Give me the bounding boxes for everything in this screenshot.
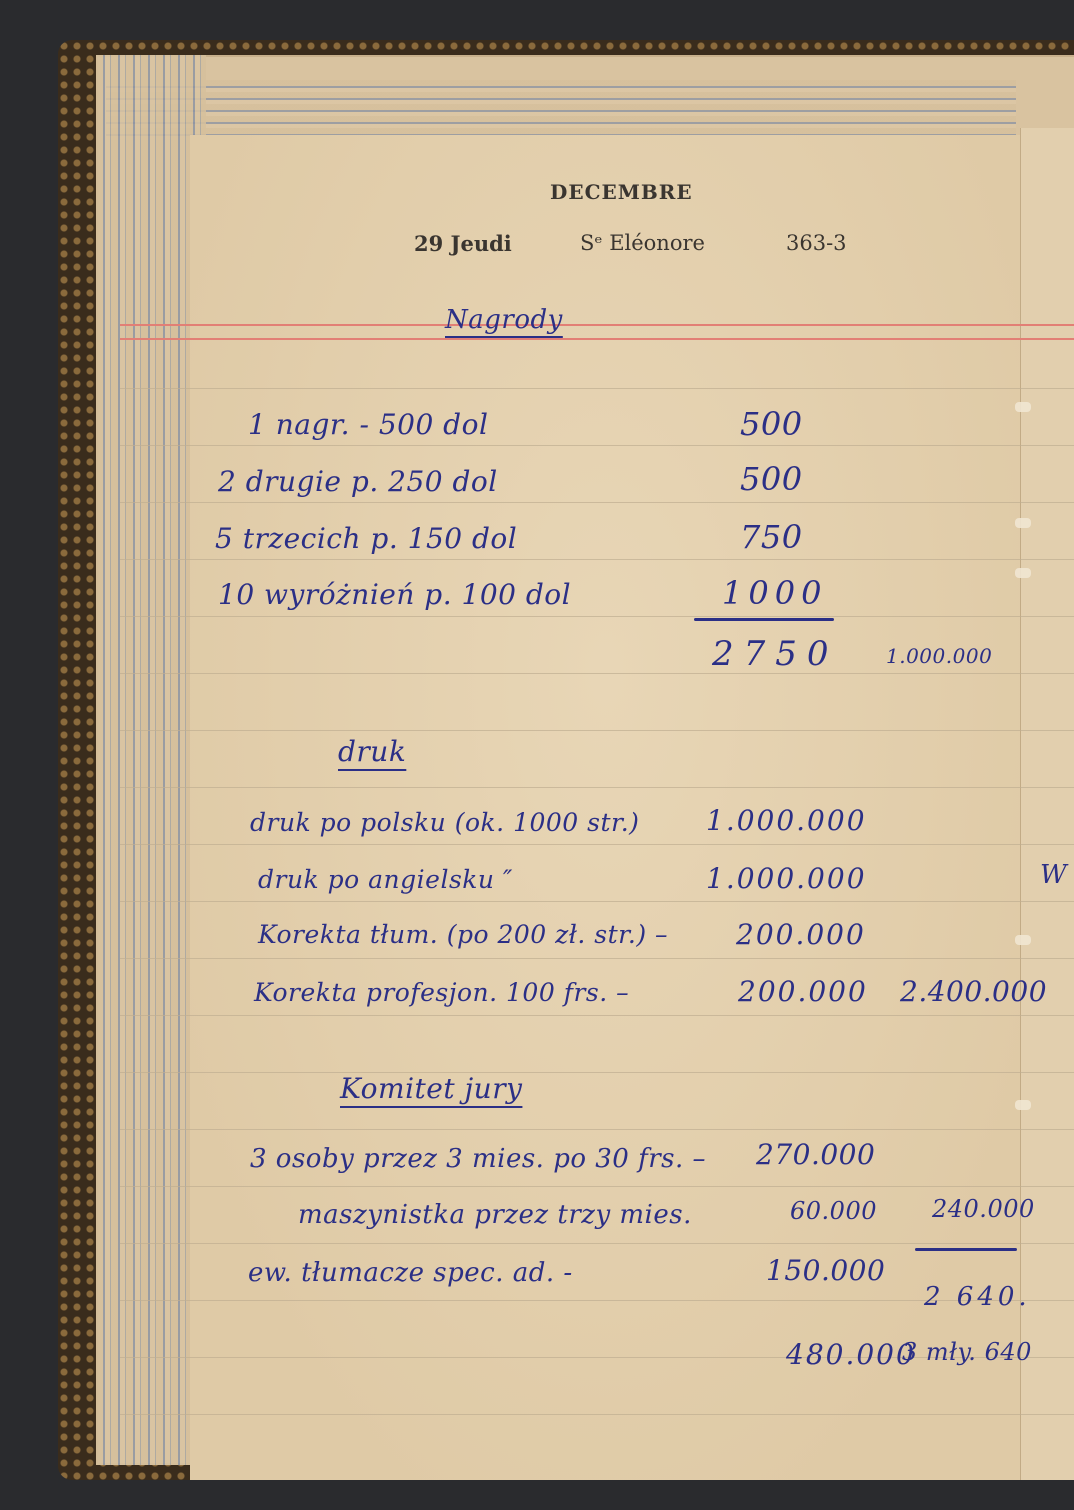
- grand-total: 2 640.: [924, 1282, 1031, 1312]
- ruled-line: [120, 1129, 1074, 1130]
- ruled-line: [120, 502, 1074, 503]
- prize-row-label: 1 nagr. - 500 dol: [248, 408, 488, 441]
- prize-row-amount: 500: [740, 405, 803, 443]
- ruled-line: [120, 445, 1074, 446]
- section-title-nagrody: Nagrody: [445, 305, 563, 335]
- month-heading: DECEMBRE: [550, 180, 693, 204]
- ruled-line: [120, 787, 1074, 788]
- section-title-druk: druk: [338, 735, 406, 768]
- ruled-line: [120, 844, 1074, 845]
- jury-row-amount: 270.000: [756, 1138, 875, 1171]
- ruled-line: [120, 559, 1074, 560]
- prize-row-label: 2 drugie p. 250 dol: [218, 465, 498, 498]
- prize-row-amount: 750: [740, 518, 803, 556]
- print-row-label: Korekta profesjon. 100 frs. –: [254, 978, 629, 1007]
- facing-page-note: W: [1040, 860, 1067, 890]
- binding-stitch: [1015, 568, 1031, 578]
- prizes-sum: 2750: [712, 634, 839, 674]
- ruled-line: [120, 730, 1074, 731]
- print-row-amount: 1.000.000: [706, 862, 867, 895]
- jury-row-label: maszynistka przez trzy mies.: [298, 1200, 692, 1230]
- jury-final-amount: 480.000: [786, 1338, 916, 1371]
- jury-row-amount: 60.000: [790, 1197, 877, 1225]
- ruled-line: [120, 958, 1074, 959]
- prize-row-label: 10 wyróżnień p. 100 dol: [218, 578, 571, 611]
- ruled-line: [120, 901, 1074, 902]
- print-total: 2.400.000: [900, 975, 1047, 1008]
- jury-row-label: 3 osoby przez 3 mies. po 30 frs. –: [250, 1144, 706, 1174]
- binding-stitch: [1015, 1100, 1031, 1110]
- section-title-komitet-jury: Komitet jury: [340, 1072, 522, 1105]
- jury-subtotal: 240.000: [932, 1195, 1035, 1223]
- jury-row-amount: 150.000: [766, 1254, 885, 1287]
- ruled-line: [120, 1072, 1074, 1073]
- ruled-line: [120, 1186, 1074, 1187]
- sum-underline: [915, 1248, 1017, 1251]
- sum-underline: [694, 618, 834, 621]
- binding-stitch: [1015, 518, 1031, 528]
- final-note: 3 mły. 640: [902, 1338, 1032, 1366]
- red-margin-rule: [120, 338, 1074, 340]
- prizes-sum-note: 1.000.000: [886, 644, 992, 668]
- print-row-amount: 200.000: [736, 918, 866, 951]
- jury-row-label: ew. tłumacze spec. ad. -: [248, 1258, 573, 1288]
- prize-row-label: 5 trzecich p. 150 dol: [215, 522, 517, 555]
- saint-name: Sᵉ Eléonore: [580, 231, 705, 255]
- ruled-line: [120, 388, 1074, 389]
- ruled-line: [120, 616, 1074, 617]
- red-margin-rule: [120, 324, 1074, 326]
- ruled-line: [120, 1243, 1074, 1244]
- ruled-line: [120, 1015, 1074, 1016]
- binding-stitch: [1015, 935, 1031, 945]
- prize-row-amount: 1000: [722, 574, 827, 612]
- facing-page-edge: [1020, 128, 1074, 1480]
- print-row-label: druk po polsku (ok. 1000 str.): [250, 808, 639, 837]
- print-row-amount: 200.000: [738, 975, 868, 1008]
- print-row-label: druk po angielsku ″: [258, 865, 513, 894]
- binding-stitch: [1015, 402, 1031, 412]
- ruled-line: [120, 1414, 1074, 1415]
- date-day: 29 Jeudi: [414, 231, 512, 256]
- prize-row-amount: 500: [740, 460, 803, 498]
- ruled-line: [120, 673, 1074, 674]
- page-stack-top-edge: [106, 80, 1016, 140]
- print-row-label: Korekta tłum. (po 200 zł. str.) –: [258, 920, 668, 949]
- print-row-amount: 1.000.000: [706, 804, 867, 837]
- day-of-year: 363-3: [786, 231, 847, 255]
